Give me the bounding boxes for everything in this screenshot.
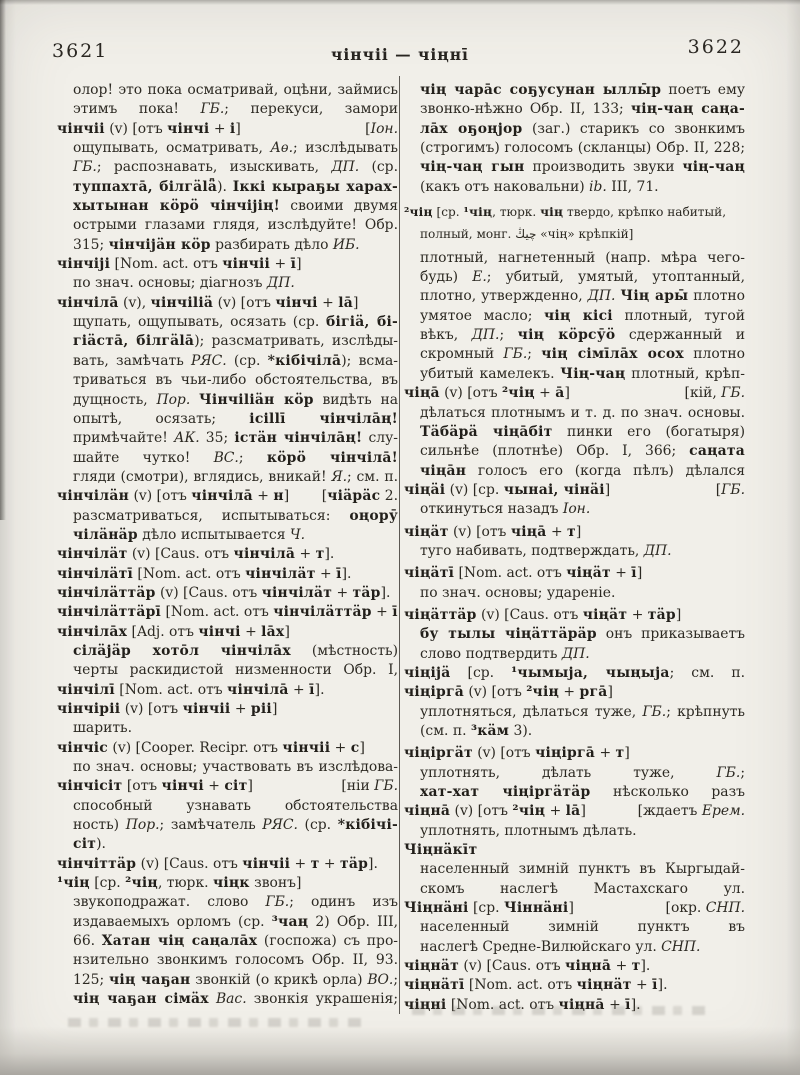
text-line: звукоподражат. слово ГБ.; одинъ изъ звук… [57, 893, 398, 912]
text-line: умятое масло; чің кісі плотный, тугой че… [404, 307, 745, 326]
text-line: (см. п. ³кäм 3). [404, 722, 745, 741]
column-divider [399, 76, 400, 1014]
scan-edge-top [0, 0, 800, 5]
text-line: Тäбäрä чіңāбіт пинки его (богатыря) стал… [404, 423, 745, 442]
text-line: чінчісіт [отъ чінчі + сіт][ніи ГБ. [57, 777, 398, 796]
text-line: Чіңнäкīт [404, 841, 745, 860]
text-line: чің чаҕан сімäх Вас. звонкія украшенія; [57, 990, 398, 1009]
text-line: уплотнять, плотнымъ дѣлать. [404, 822, 745, 841]
text-line: чінчіjі [Nom. act. отъ чінчіі + ī] [57, 255, 398, 274]
right-column: чің чарāс соҕусунан ыллы̄р поетъ емузвон… [404, 81, 745, 1015]
text-line: чіңāн голосъ его (когда пѣлъ) дѣлался тв… [404, 462, 745, 481]
text-line: по знач. основы; участвовать въ изслѣдов… [57, 758, 398, 777]
text-line: дущность, Пор. Чінчіliäн кöр видѣть на [57, 391, 398, 410]
text-line: чінчілäн (v) [отъ чінчілā + н][чіäрäс 2. [57, 487, 398, 506]
text-line: ²чің [ср. ¹чің, тюрк. чің твердо, крѣпко… [404, 203, 745, 222]
text-line: 315; чінчіjäн кöр разбирать дѣло ИБ. [57, 236, 398, 255]
text-line: скромный ГБ.; чің сімīлāх осох плотно [404, 345, 745, 364]
text-line: чіңіргäт (v) [отъ чіңіргā + т] [404, 744, 745, 763]
text-line: скомъ наслегѣ Мастахскаго ул. Вилюйскаго [404, 880, 745, 899]
text-line: уплотняться, дѣлаться туже, ГБ.; крѣпнут… [404, 703, 745, 722]
text-line: Чіңнäні [ср. Чіннäні][окр. СНП. [404, 899, 745, 918]
text-line: бу тылы чіңäттäрäр онъ приказываетъ это [404, 625, 745, 644]
text-line: нзительно звонкимъ голосомъ Обр. II, 93. [57, 951, 398, 970]
text-line: чінчілäтī [Nom. act. отъ чінчілäт + ī]. [57, 565, 398, 584]
text-line: чіңäт (v) [отъ чіңā + т] [404, 523, 745, 542]
text-line: хытынан кöрö чінчіjің! своими двумя [57, 197, 398, 216]
text-line: чінчіс (v) [Cooper. Recipr. отъ чінчіі +… [57, 739, 398, 758]
text-line: чің-чаң гын производить звуки чің-чаң [404, 158, 745, 177]
text-line: чінчіpii (v) [отъ чінчіі + pii] [57, 700, 398, 719]
text-line: хат-хат чіңіргäтäр нѣсколько разъ подтве… [404, 783, 745, 802]
text-line: чіңнā (v) [отъ ²чің + lā][ждаетъ Ерем. [404, 802, 745, 821]
running-head: чінчіі — чіңнī [0, 45, 800, 64]
text-line: сіт). [57, 835, 398, 854]
text-line: острыми глазами глядя, изслѣдуйте! Обр. … [57, 216, 398, 235]
text-line: сильнѣе (плотнѣе) Обр. I, 366; саңата [404, 442, 745, 461]
text-line: примѣчайте! АК. 35; істäн чінчілāң! слу- [57, 429, 398, 448]
text-line: 125; чің чаҕан звонкій (о крикѣ орла) ВО… [57, 971, 398, 990]
text-line: чілäнäр дѣло испытывается Ч. [57, 526, 398, 545]
text-line: вѣкъ, ДП.; чің кöрсӯö сдержанный и умный… [404, 326, 745, 345]
text-line: издаваемыхъ орломъ (ср. ³чаң 2) Обр. III… [57, 913, 398, 932]
text-line: уплотнять, дѣлать туже, ГБ.; подтверждат… [404, 764, 745, 783]
text-line: ГБ.; распознавать, изыскивать, ДП. (ср. [57, 158, 398, 177]
text-line: лāх оҕоңjор (заг.) старикъ со звонкимъ [404, 120, 745, 139]
text-line: способный узнавать обстоятельства (будущ… [57, 797, 398, 816]
text-line: туго набивать, подтверждать, ДП. [404, 542, 745, 561]
text-line: наслегѣ Средне-Вилюйскаго ул. СНП. [404, 938, 745, 957]
text-line: вать, замѣчать РЯС. (ср. *кібічілā); всм… [57, 352, 398, 371]
text-line: откинуться назадъ Іон. [404, 500, 745, 519]
text-line: чінчілäт (v) [Caus. отъ чінчілā + т]. [57, 545, 398, 564]
left-column: олор! это пока осматривай, оцѣни, займис… [57, 81, 398, 1010]
text-line: убитый камелекъ. Чің-чаң плотный, крѣп- [404, 365, 745, 384]
text-line: (строгимъ) голосомъ (скланцы) Обр. II, 2… [404, 139, 745, 158]
scanned-dictionary-page: 3621 чінчіі — чіңнī 3622 олор! это пока … [0, 0, 800, 1075]
text-line: гіäстā, білгälā); разсматривать, изслѣды… [57, 332, 398, 351]
text-line: щупать, ощупывать, осязать (ср. бігіä, б… [57, 313, 398, 332]
text-line: шайте чутко! ВС.; кöрö чінчілā! присталь… [57, 449, 398, 468]
text-line: плотно, утвержденно, ДП. Чің ары̄ плотно [404, 287, 745, 306]
text-line: (какъ отъ наковальни) ib. III, 71. [404, 178, 745, 197]
text-line: чінчілī [Nom. act. отъ чінчілā + ī]. [57, 681, 398, 700]
text-line: 66. Хатан чің саңалāх (госпожа) съ про- [57, 932, 398, 951]
text-line: по знач. основы; діагнозъ ДП. [57, 274, 398, 293]
text-line: чінчіттäр (v) [Caus. отъ чінчіі + т + тä… [57, 855, 398, 874]
text-line: чіңнäтī [Nom. act. отъ чіңнäт + ī]. [404, 976, 745, 995]
bleed-through-ghost-right [412, 1006, 708, 1015]
text-line: шарить. [57, 719, 398, 738]
scan-edge-right [786, 0, 800, 1075]
text-line: чіңнäт (v) [Caus. отъ чіңнā + т]. [404, 957, 745, 976]
text-line: черты раскидистой низменности Обр. I, 43… [57, 661, 398, 680]
text-line: будь) Е.; убитый, умятый, утоптанный, ту… [404, 268, 745, 287]
text-line: ность) Пор.; замѣчатель РЯС. (ср. *кібіч… [57, 816, 398, 835]
text-line: олор! это пока осматривай, оцѣни, займис… [57, 81, 398, 100]
text-line: чіңā (v) [отъ ²чің + ā][кій, ГБ. [404, 384, 745, 403]
scan-edge-left-dark [0, 0, 6, 520]
text-line: звонко-нѣжно Обр. II, 133; чің-чаң саңа- [404, 100, 745, 119]
text-line: чіңіjä [ср. ¹чымыjа, чыңыjа; см. п. ылгы… [404, 664, 745, 683]
text-line: полный, монг. چيڭ «чің» крѣпкій] [404, 225, 745, 244]
text-line: чіңäi (v) [ср. чынаі, чінäi][ГБ. [404, 481, 745, 500]
bleed-through-ghost-left [68, 1018, 368, 1027]
text-line: этимъ пока! ГБ.; перекуси, замори червяч… [57, 100, 398, 119]
text-line: опытѣ, осязать; icillī чінчілāң! прислуш… [57, 410, 398, 429]
text-line: плотный, нагнетенный (напр. мѣра чего-ни… [404, 249, 745, 268]
text-line: чінчілäттäр (v) [Caus. отъ чінчілäт + тä… [57, 584, 398, 603]
text-line: чінчілā (v), чінчіliä (v) [отъ чінчі + l… [57, 294, 398, 313]
text-line: чінчілäттäрī [Nom. act. отъ чінчілäттäр … [57, 603, 398, 622]
text-line: триваться въ чьи-либо обстоятельства, въ… [57, 371, 398, 390]
text-line: населенный зимній пунктъ въ Мукучинскомъ [404, 918, 745, 937]
text-line: дѣлаться плотнымъ и т. д. по знач. основ… [404, 404, 745, 423]
text-line: сілäjäр хотōл чінчілāх (мѣстность) имѣющ… [57, 642, 398, 661]
text-line: туппахтā, білгälǟ). Іккі кыраҕы харах- [57, 178, 398, 197]
scan-edge-bottom [0, 1027, 800, 1075]
text-line: ощупывать, осматривать, Аѳ.; изслѣдывать [57, 139, 398, 158]
text-line: чіңäтī [Nom. act. отъ чіңäт + ī] [404, 564, 745, 583]
text-line: чінчілāх [Adj. отъ чінчі + lāх] [57, 623, 398, 642]
text-line: чіңäттäр (v) [Caus. отъ чіңäт + тäр] [404, 606, 745, 625]
text-line: по знач. основы; удареніе. [404, 584, 745, 603]
text-line: слово подтвердить ДП. [404, 645, 745, 664]
text-line: чің чарāс соҕусунан ыллы̄р поетъ ему [404, 81, 745, 100]
text-line: чінчіі (v) [отъ чінчі + і][Іон. [57, 120, 398, 139]
page-number-right: 3622 [688, 36, 744, 58]
text-line: гляди (смотри), вглядись, вникай! Я.; см… [57, 468, 398, 487]
text-line: разсматриваться, испытываться: оңорӯ чін… [57, 507, 398, 526]
text-line: ¹чің [ср. ²чің, тюрк. чіңк звонъ] [57, 874, 398, 893]
text-line: населенный зимній пунктъ въ Кыргыдай- [404, 860, 745, 879]
text-line: чіңіргā (v) [отъ ²чің + ргā] [404, 683, 745, 702]
